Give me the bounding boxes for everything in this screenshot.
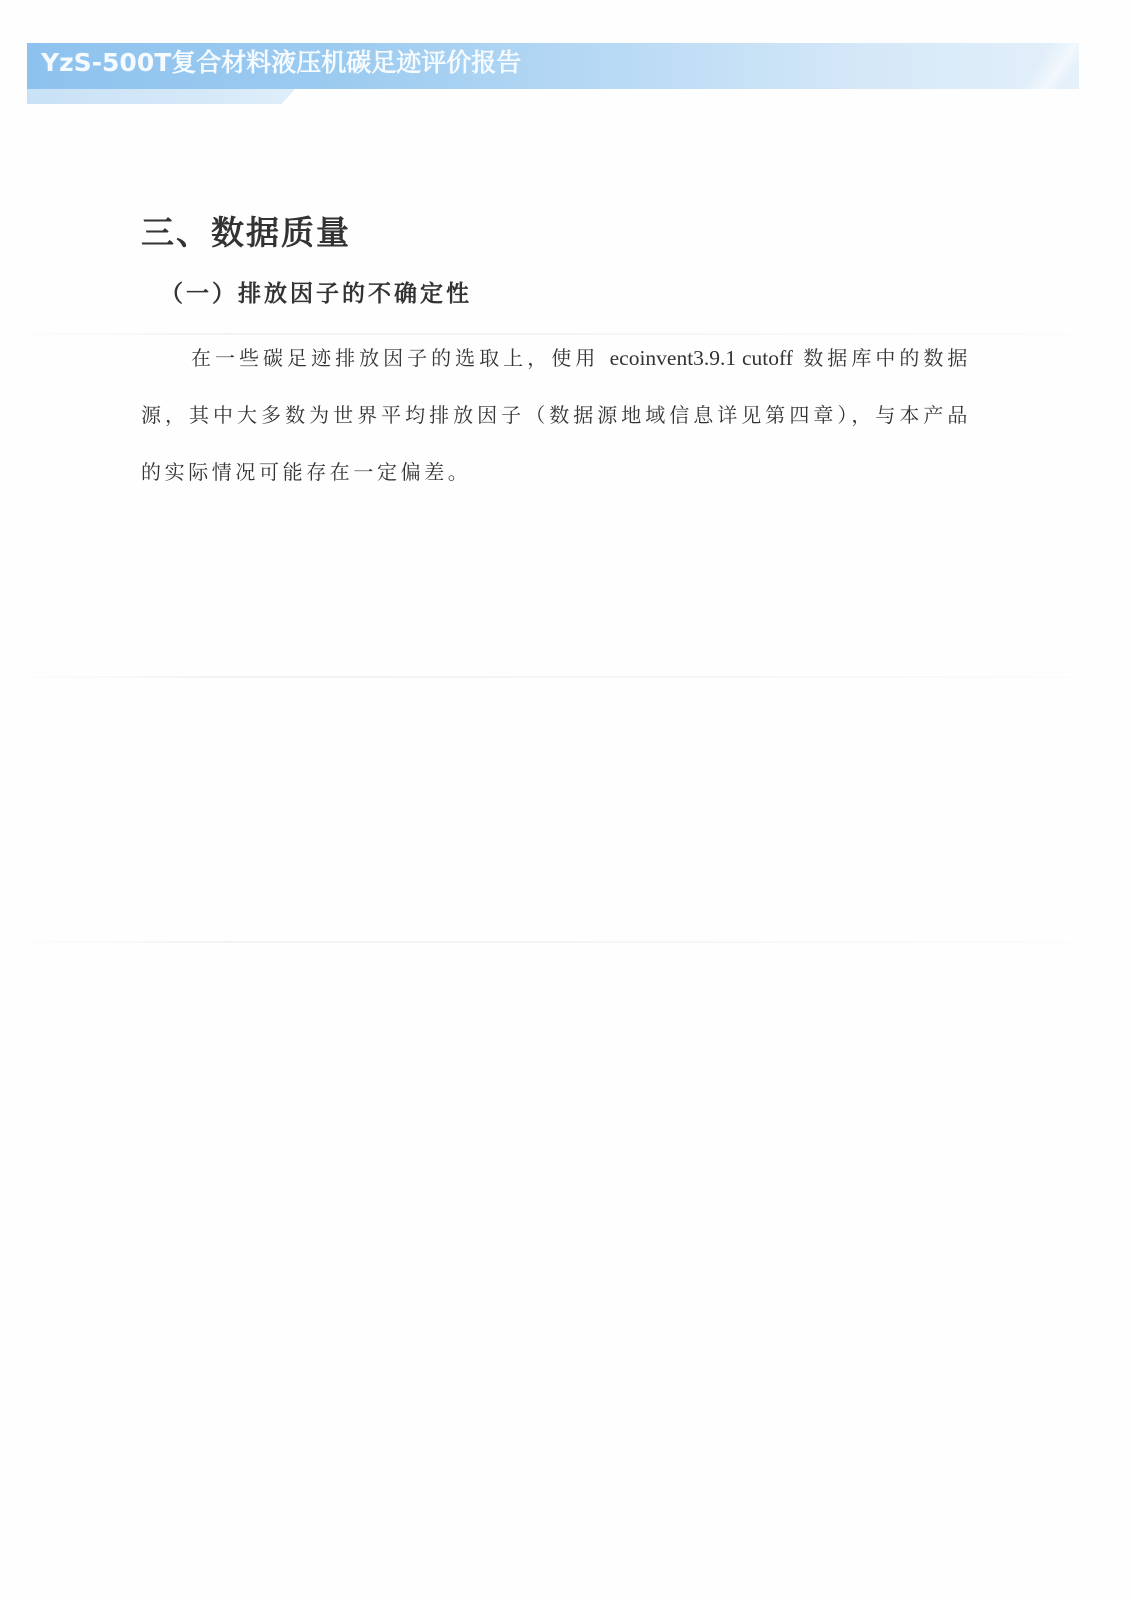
- banner-accent-strip: [27, 89, 295, 104]
- database-name: ecoinvent3.9.1 cutoff: [610, 346, 793, 370]
- section-heading: 三、数据质量: [141, 208, 351, 258]
- document-page: YzS-500T复合材料液压机碳足迹评价报告 三、数据质量 （一）排放因子的不确…: [0, 0, 1131, 1600]
- header-banner: YzS-500T复合材料液压机碳足迹评价报告: [27, 43, 1079, 89]
- paragraph-text-part1: 在一些碳足迹排放因子的选取上，使用: [191, 346, 610, 370]
- banner-decoration: [1021, 43, 1079, 89]
- scan-artifact: [0, 676, 1131, 678]
- report-title: YzS-500T复合材料液压机碳足迹评价报告: [41, 47, 521, 79]
- body-paragraph: 在一些碳足迹排放因子的选取上，使用 ecoinvent3.9.1 cutoff …: [141, 330, 971, 501]
- subsection-heading: （一）排放因子的不确定性: [160, 276, 472, 312]
- scan-artifact: [0, 941, 1131, 943]
